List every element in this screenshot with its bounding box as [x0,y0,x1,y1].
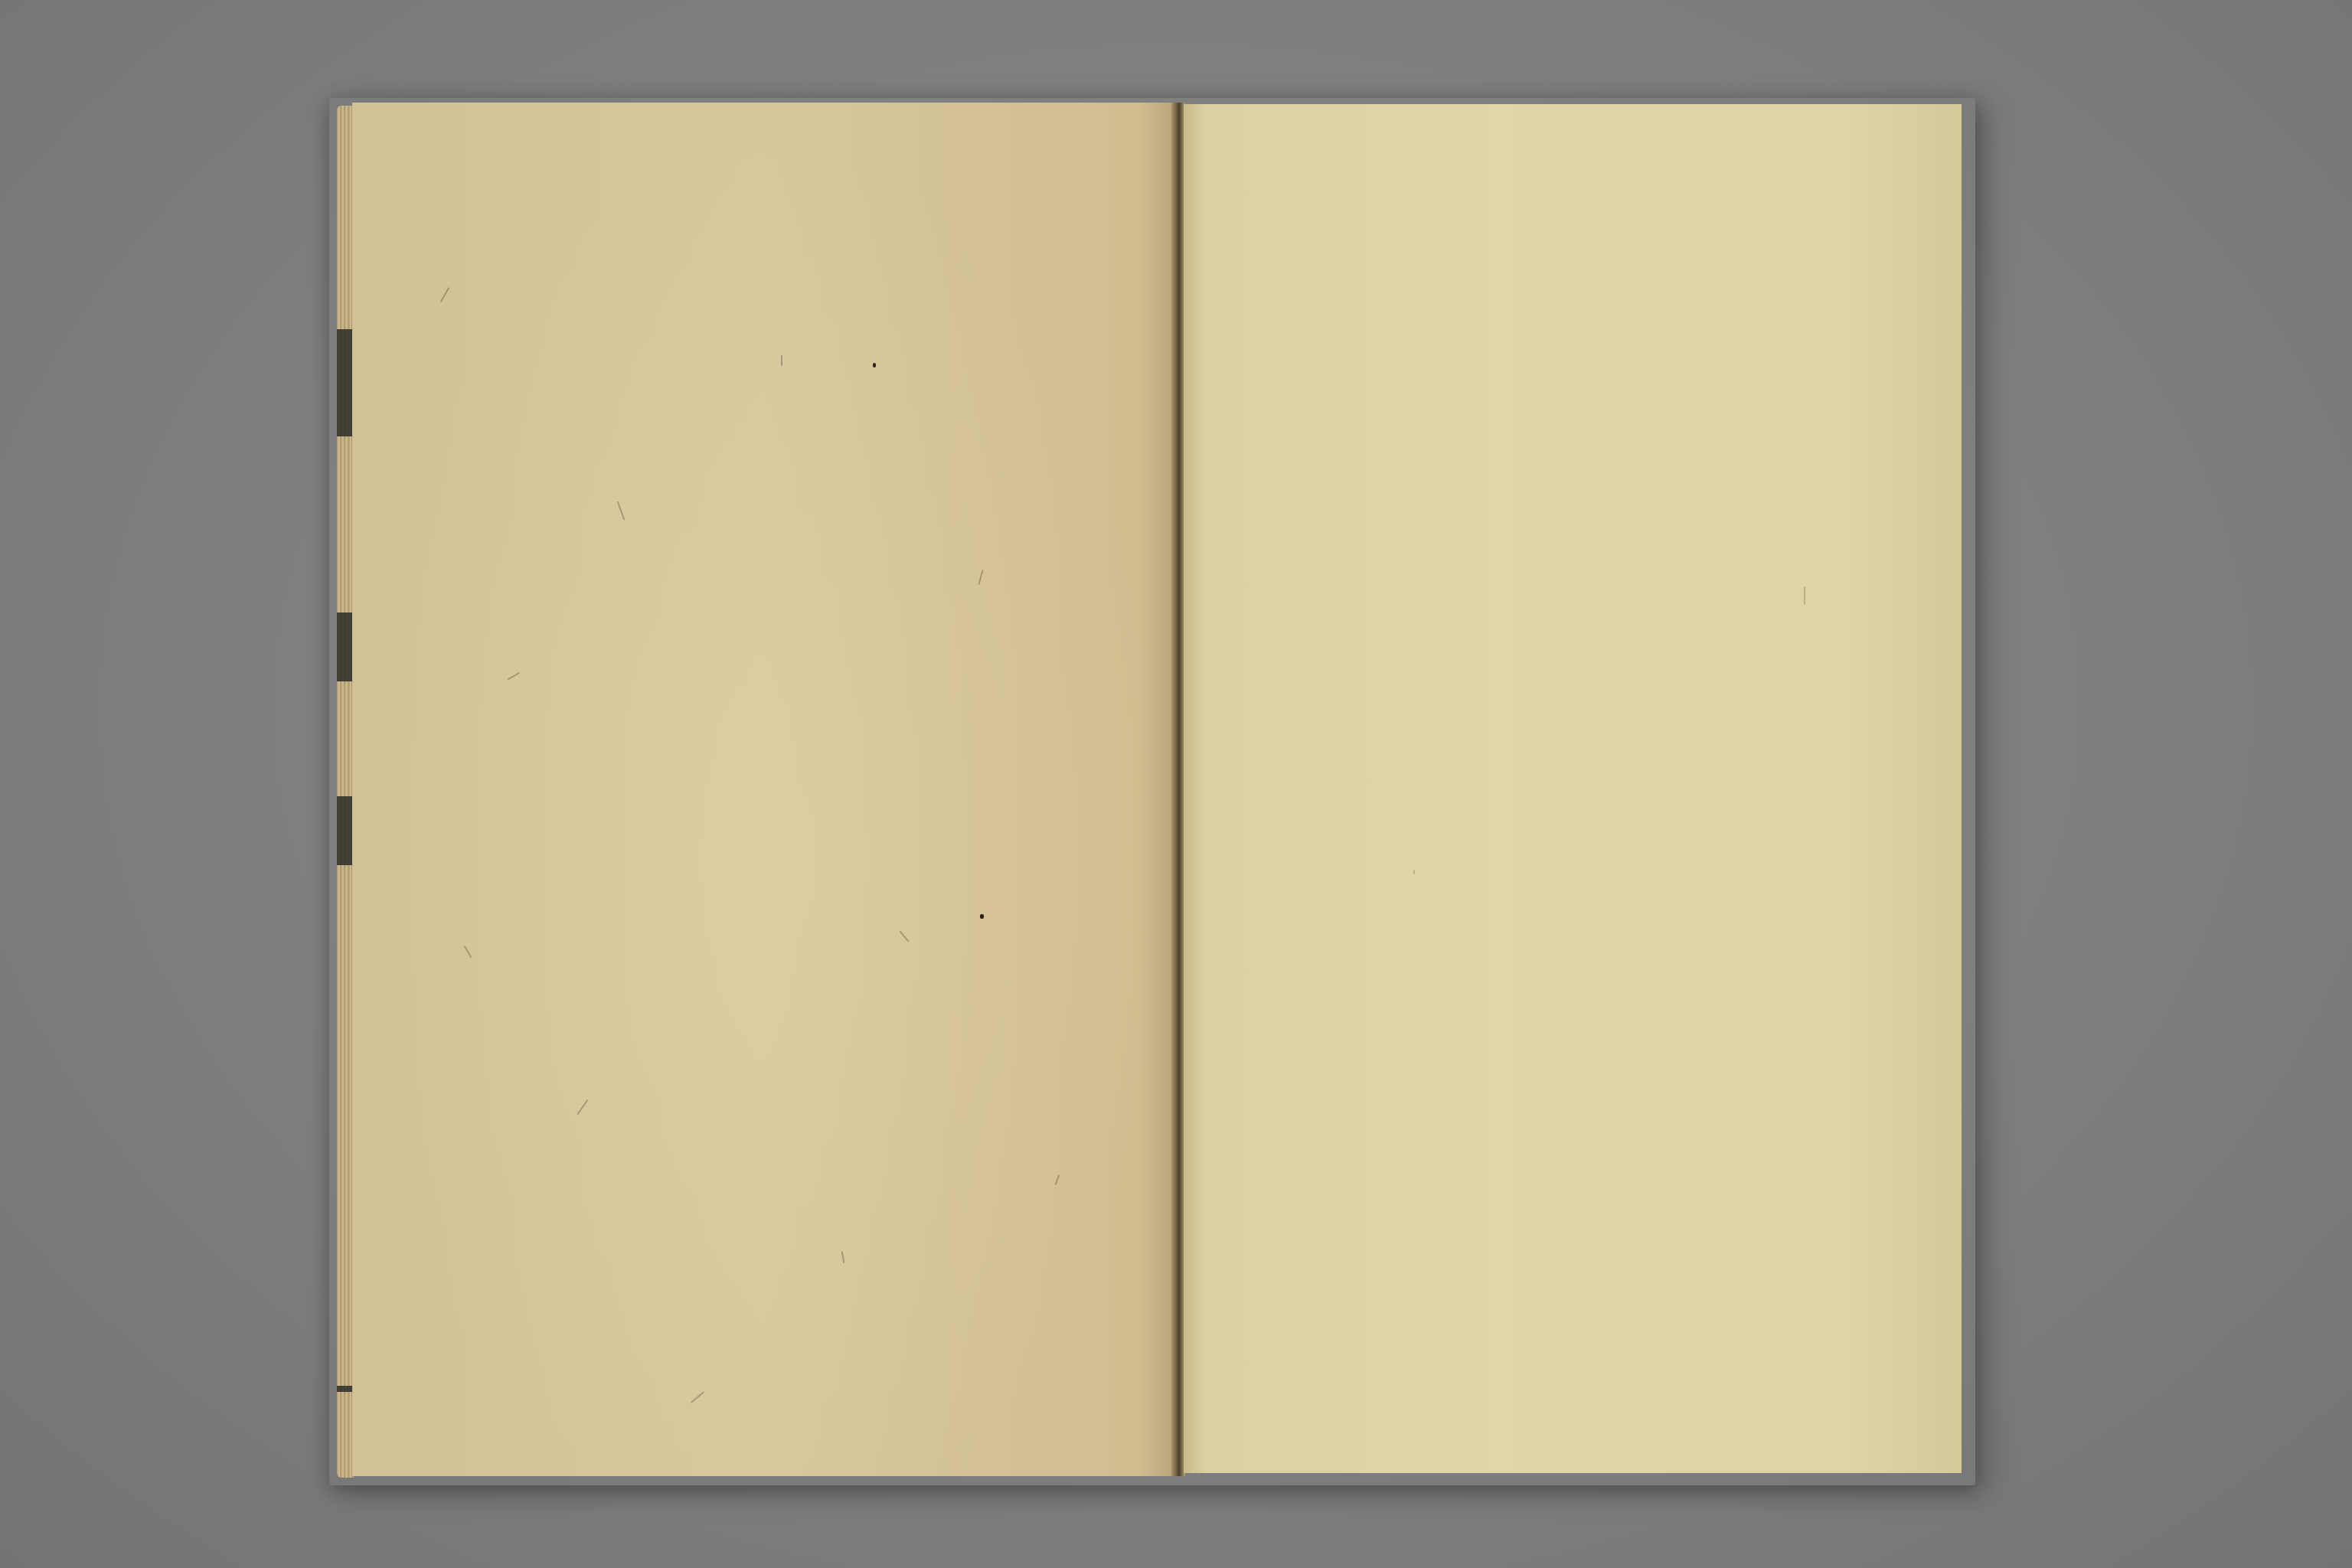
paper-fiber [617,501,626,520]
paper-fiber [691,1391,704,1403]
fore-edge-mark [337,1386,354,1392]
paper-fiber [440,287,450,302]
left-page [352,103,1173,1476]
fore-edge-mark [337,612,354,681]
book-fore-edge [337,106,354,1478]
paper-fiber [1055,1174,1060,1185]
paper-fiber [978,570,983,585]
paper-fiber [577,1099,588,1116]
paper-fiber [464,946,472,959]
paper-fiber [781,355,782,366]
fore-edge-mark [337,796,354,865]
paper-fiber [508,672,521,681]
paper-fiber [1804,586,1805,605]
paper-fiber [1413,870,1415,874]
paper-fiber [841,1251,845,1263]
paper-fiber [873,363,876,367]
fore-edge-mark [337,329,354,436]
right-page [1184,104,1962,1473]
paper-fiber [980,914,984,919]
paper-fiber [899,930,909,942]
